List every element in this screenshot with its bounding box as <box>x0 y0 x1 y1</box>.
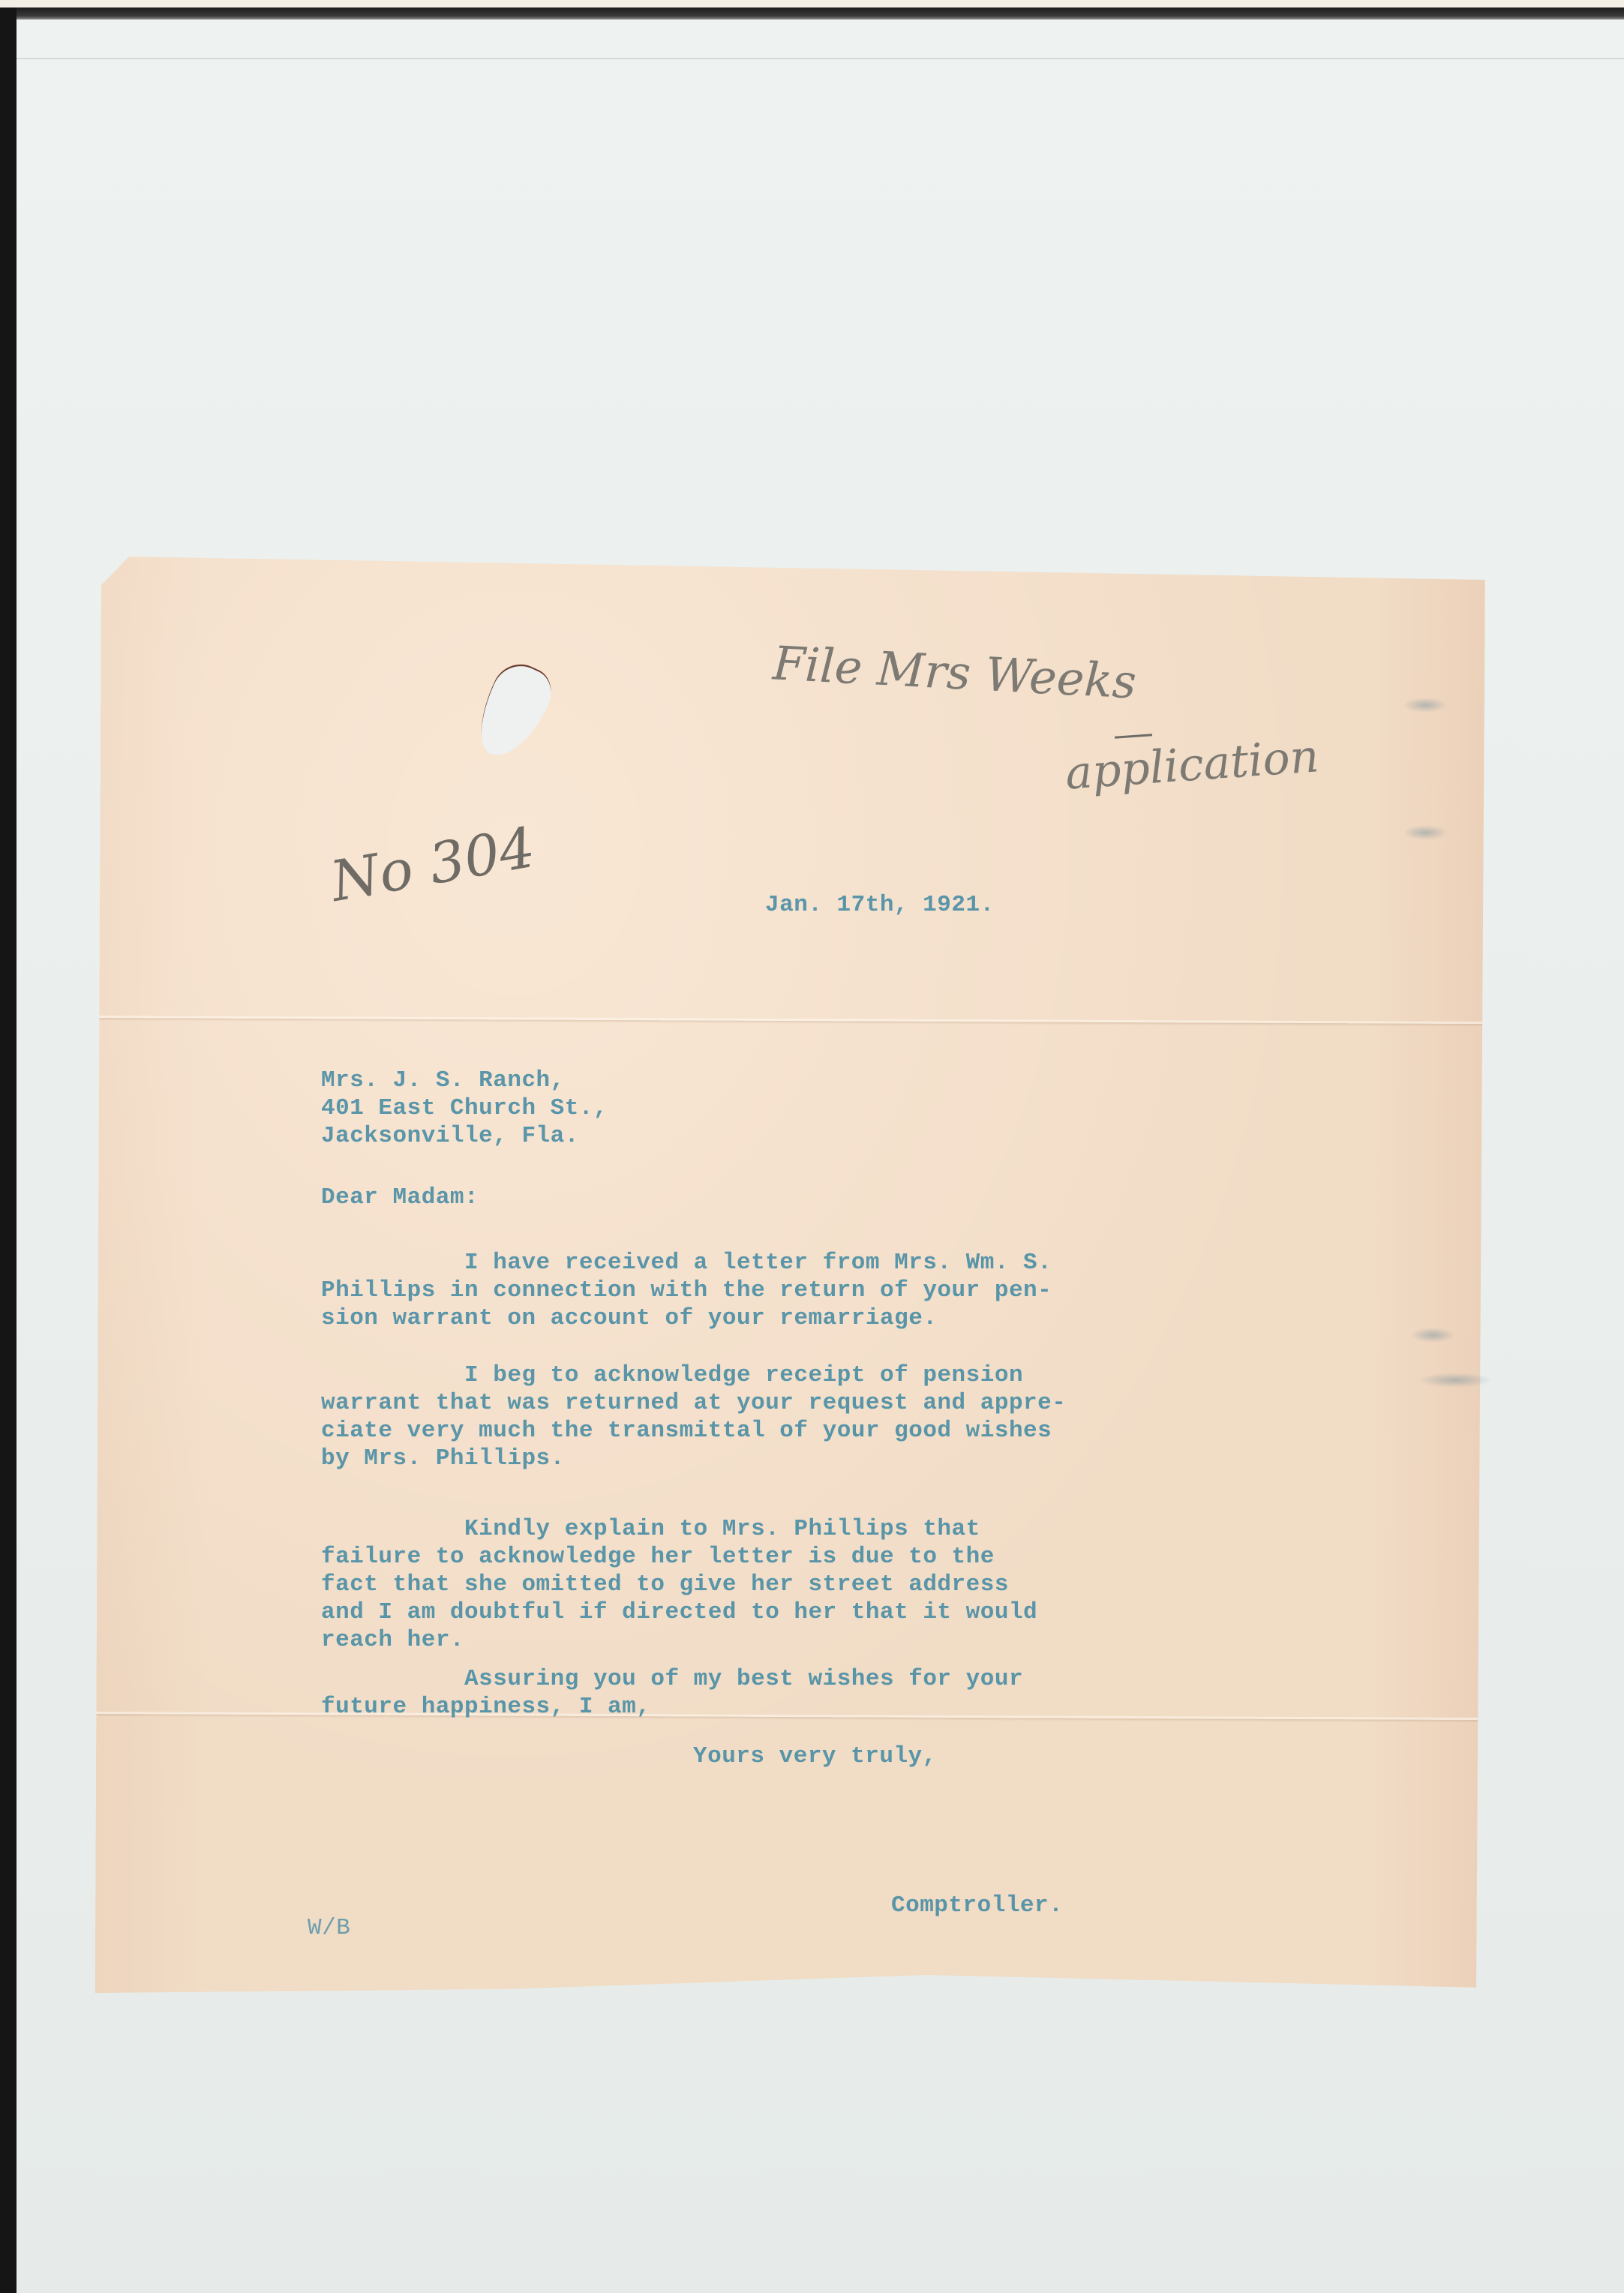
recipient-street: 401 East Church St., <box>321 1095 608 1121</box>
scan-top-border <box>0 8 1624 20</box>
ink-bleed-mark <box>1410 1328 1455 1343</box>
body-paragraph-1: I have received a letter from Mrs. Wm. S… <box>321 1249 1052 1332</box>
scan-top-edge <box>0 0 1624 8</box>
paper-fold <box>99 1016 1483 1024</box>
ink-bleed-mark <box>1403 698 1448 713</box>
recipient-name: Mrs. J. S. Ranch, <box>321 1067 565 1094</box>
letter-date: Jan. 17th, 1921. <box>765 891 995 919</box>
ink-bleed-mark <box>1403 825 1448 840</box>
body-paragraph-4: Assuring you of my best wishes for your … <box>321 1665 1023 1721</box>
complimentary-closing: Yours very truly, <box>693 1742 937 1770</box>
recipient-address: Mrs. J. S. Ranch, 401 East Church St., J… <box>321 1067 608 1150</box>
scanner-streak <box>17 58 1624 59</box>
scan-left-border <box>0 8 17 2293</box>
typist-initials: W/B <box>308 1914 350 1942</box>
signer-title: Comptroller. <box>891 1892 1063 1919</box>
recipient-city: Jacksonville, Fla. <box>321 1123 579 1149</box>
body-paragraph-2: I beg to acknowledge receipt of pension … <box>321 1361 1066 1472</box>
ink-bleed-mark <box>1418 1373 1493 1388</box>
body-paragraph-3: Kindly explain to Mrs. Phillips that fai… <box>321 1515 1037 1654</box>
salutation: Dear Madam: <box>321 1184 479 1211</box>
